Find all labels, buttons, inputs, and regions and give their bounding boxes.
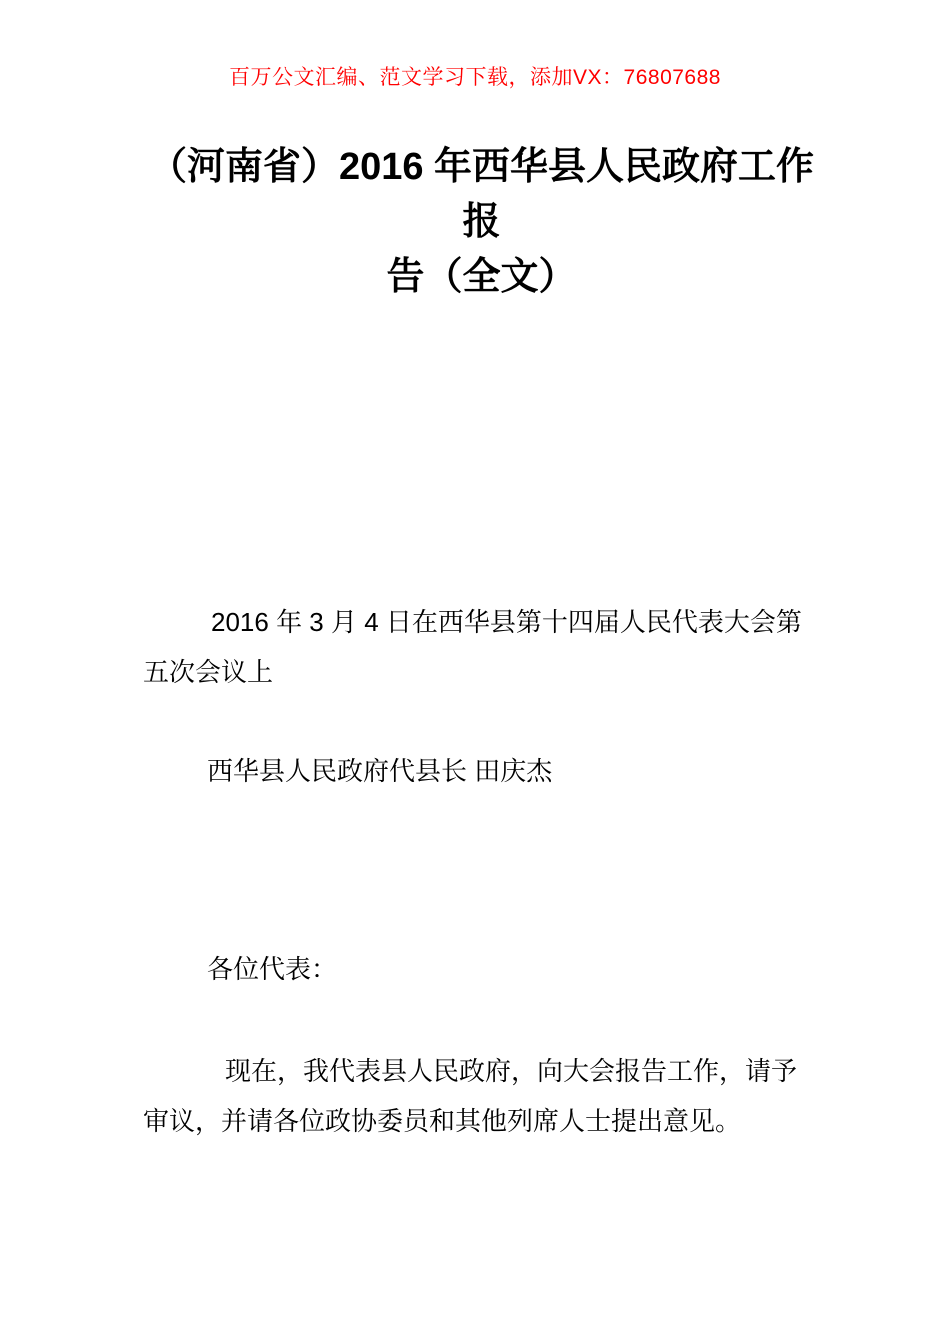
document-title-line-2: 告（全文）	[386, 256, 576, 298]
paragraph-salutation: 各位代表：	[143, 944, 820, 994]
document-title-line-1: （河南省）2016 年西华县人民政府工作报	[149, 146, 814, 243]
watermark-notice: 百万公文汇编、范文学习下载，添加VX：76807688	[0, 64, 950, 92]
paragraph-speaker-byline: 西华县人民政府代县长 田庆杰	[143, 746, 820, 796]
document-page: 百万公文汇编、范文学习下载，添加VX：76807688 （河南省）2016 年西…	[0, 0, 950, 1344]
paragraph-meeting-info: 2016 年 3 月 4 日在西华县第十四届人民代表大会第五次会议上	[143, 597, 820, 697]
paragraph-opening-statement: 现在，我代表县人民政府，向大会报告工作，请予审议，并请各位政协委员和其他列席人士…	[143, 1046, 820, 1146]
document-title: （河南省）2016 年西华县人民政府工作报 告（全文）	[143, 140, 820, 305]
